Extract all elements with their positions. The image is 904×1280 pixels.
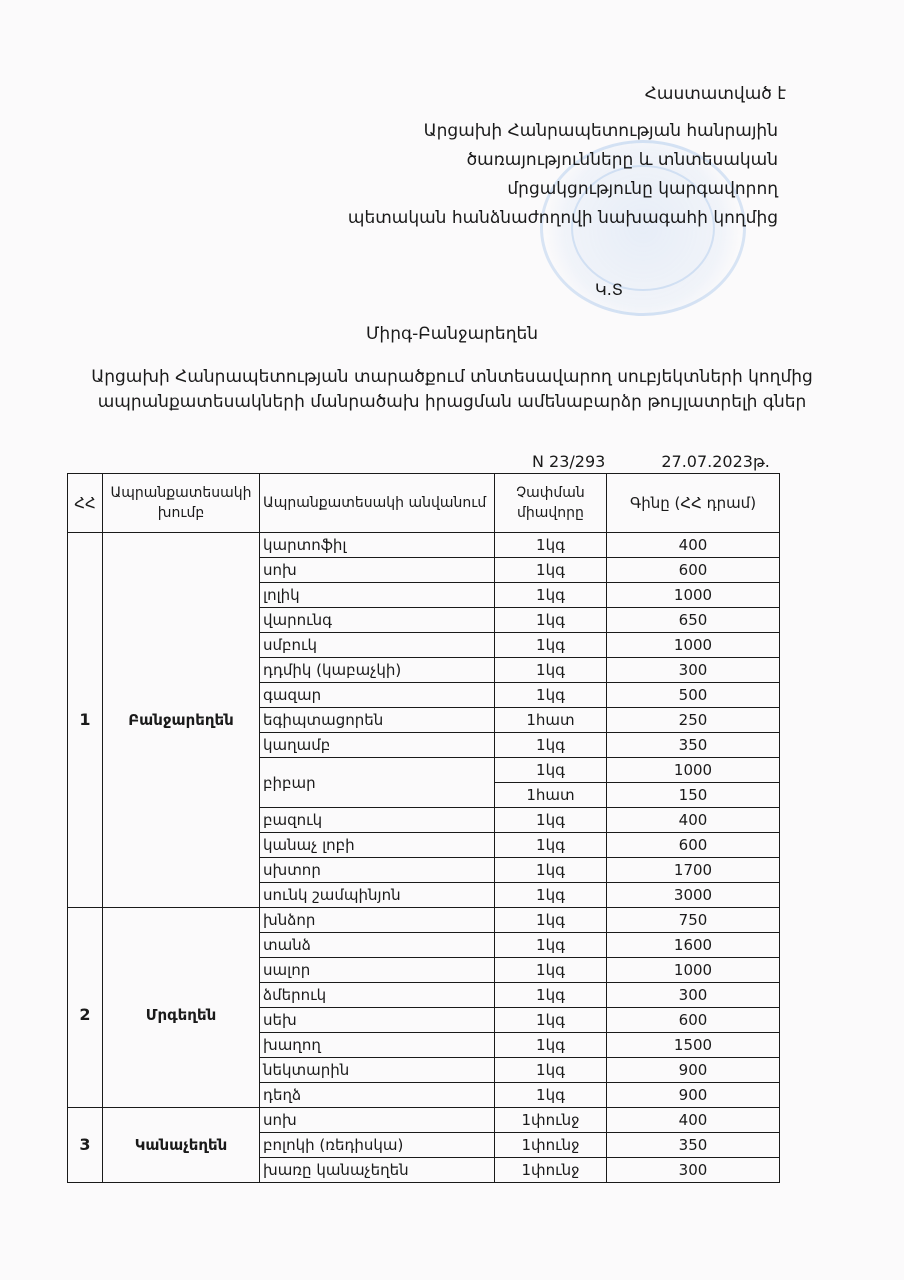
item-unit: 1հատ: [495, 783, 607, 808]
item-price: 400: [607, 1108, 780, 1133]
item-price: 1500: [607, 1033, 780, 1058]
item-name: նեկտարին: [260, 1058, 495, 1083]
group-name: Բանջարեղեն: [103, 533, 260, 908]
item-unit: 1կգ: [495, 833, 607, 858]
item-price: 600: [607, 833, 780, 858]
document-subtitle: Արցախի Հանրապետության տարածքում տնտեսավա…: [60, 365, 844, 415]
item-price: 650: [607, 608, 780, 633]
item-name: խնձոր: [260, 908, 495, 933]
table-row: 2Մրգեղենխնձոր1կգ750: [68, 908, 780, 933]
item-name: դդմիկ (կաբաչկի): [260, 658, 495, 683]
item-name: կանաչ լոբի: [260, 833, 495, 858]
item-unit: 1կգ: [495, 808, 607, 833]
item-price: 300: [607, 983, 780, 1008]
item-price: 1000: [607, 758, 780, 783]
item-price: 3000: [607, 883, 780, 908]
header-num: ՀՀ: [68, 474, 103, 533]
table-header-row: ՀՀ Ապրանքատեսակի խումբ Ապրանքատեսակի անվ…: [68, 474, 780, 533]
item-name: ձմերուկ: [260, 983, 495, 1008]
item-name: սոխ: [260, 1108, 495, 1133]
item-name: վարունգ: [260, 608, 495, 633]
item-price: 900: [607, 1058, 780, 1083]
item-unit: 1կգ: [495, 983, 607, 1008]
group-name: Մրգեղեն: [103, 908, 260, 1108]
table-body: 1Բանջարեղենկարտոֆիլ1կգ400սոխ1կգ600լոլիկ1…: [68, 533, 780, 1183]
item-price: 600: [607, 1008, 780, 1033]
item-unit: 1կգ: [495, 583, 607, 608]
item-price: 400: [607, 533, 780, 558]
item-unit: 1կգ: [495, 908, 607, 933]
approval-line: ծառայությունները և տնտեսական: [348, 146, 778, 175]
item-price: 1600: [607, 933, 780, 958]
group-number: 2: [68, 908, 103, 1108]
item-name: սալոր: [260, 958, 495, 983]
item-unit: 1կգ: [495, 1033, 607, 1058]
item-price: 300: [607, 658, 780, 683]
item-unit: 1կգ: [495, 858, 607, 883]
item-unit: 1կգ: [495, 533, 607, 558]
item-price: 900: [607, 1083, 780, 1108]
item-name: կարտոֆիլ: [260, 533, 495, 558]
item-price: 150: [607, 783, 780, 808]
item-price: 250: [607, 708, 780, 733]
group-name: Կանաչեղեն: [103, 1108, 260, 1183]
document-number: N 23/293: [532, 452, 605, 471]
item-unit: 1կգ: [495, 608, 607, 633]
item-price: 350: [607, 1133, 780, 1158]
item-price: 300: [607, 1158, 780, 1183]
item-price: 1000: [607, 583, 780, 608]
item-price: 1000: [607, 633, 780, 658]
group-number: 1: [68, 533, 103, 908]
item-name: կաղամբ: [260, 733, 495, 758]
approval-block: Հաստատված է Արցախի Հանրապետության հանրայ…: [348, 80, 778, 233]
item-name: բոլոկի (ռեդիսկա): [260, 1133, 495, 1158]
subtitle-line: ապրանքատեսակների մանրածախ իրացման ամենաբ…: [60, 390, 844, 415]
document-title: Միրգ-Բանջարեղեն: [0, 324, 904, 344]
item-name: բիբար: [260, 758, 495, 808]
item-unit: 1հատ: [495, 708, 607, 733]
approved-label: Հաստատված է: [348, 80, 786, 109]
group-number: 3: [68, 1108, 103, 1183]
item-name: խաղող: [260, 1033, 495, 1058]
item-price: 750: [607, 908, 780, 933]
item-unit: 1կգ: [495, 883, 607, 908]
approval-line: պետական հանձնաժողովի նախագահի կողմից: [348, 204, 778, 233]
item-unit: 1փունջ: [495, 1133, 607, 1158]
item-unit: 1կգ: [495, 633, 607, 658]
item-name: սխտոր: [260, 858, 495, 883]
item-name: սունկ շամպինյոն: [260, 883, 495, 908]
item-unit: 1կգ: [495, 733, 607, 758]
header-group: Ապրանքատեսակի խումբ: [103, 474, 260, 533]
table-row: 1Բանջարեղենկարտոֆիլ1կգ400: [68, 533, 780, 558]
header-unit: Չափման միավորը: [495, 474, 607, 533]
approval-line: մրցակցությունը կարգավորող: [348, 175, 778, 204]
item-name: գազար: [260, 683, 495, 708]
item-unit: 1կգ: [495, 1058, 607, 1083]
item-unit: 1փունջ: [495, 1108, 607, 1133]
approval-line: Արցախի Հանրապետության հանրային: [348, 117, 778, 146]
item-price: 500: [607, 683, 780, 708]
document-date: 27.07.2023թ.: [661, 452, 770, 471]
item-name: տանձ: [260, 933, 495, 958]
item-name: լոլիկ: [260, 583, 495, 608]
item-unit: 1կգ: [495, 658, 607, 683]
document-reference: N 23/293 27.07.2023թ.: [532, 452, 770, 471]
header-price: Գինը (ՀՀ դրամ): [607, 474, 780, 533]
item-name: սեխ: [260, 1008, 495, 1033]
item-name: եգիպտացորեն: [260, 708, 495, 733]
table-row: 3Կանաչեղենսոխ1փունջ400: [68, 1108, 780, 1133]
item-price: 600: [607, 558, 780, 583]
item-price: 350: [607, 733, 780, 758]
item-name: խառը կանաչեղեն: [260, 1158, 495, 1183]
item-name: բազուկ: [260, 808, 495, 833]
item-unit: 1կգ: [495, 933, 607, 958]
item-price: 400: [607, 808, 780, 833]
header-name: Ապրանքատեսակի անվանում: [260, 474, 495, 533]
item-unit: 1կգ: [495, 1008, 607, 1033]
item-unit: 1կգ: [495, 758, 607, 783]
item-price: 1700: [607, 858, 780, 883]
item-name: դեղձ: [260, 1083, 495, 1108]
item-name: սոխ: [260, 558, 495, 583]
item-unit: 1կգ: [495, 958, 607, 983]
item-unit: 1կգ: [495, 683, 607, 708]
item-unit: 1կգ: [495, 1083, 607, 1108]
subtitle-line: Արցախի Հանրապետության տարածքում տնտեսավա…: [60, 365, 844, 390]
item-name: սմբուկ: [260, 633, 495, 658]
item-unit: 1կգ: [495, 558, 607, 583]
seal-label: Կ.Տ: [595, 280, 623, 299]
item-price: 1000: [607, 958, 780, 983]
price-table: ՀՀ Ապրանքատեսակի խումբ Ապրանքատեսակի անվ…: [67, 473, 780, 1183]
item-unit: 1փունջ: [495, 1158, 607, 1183]
